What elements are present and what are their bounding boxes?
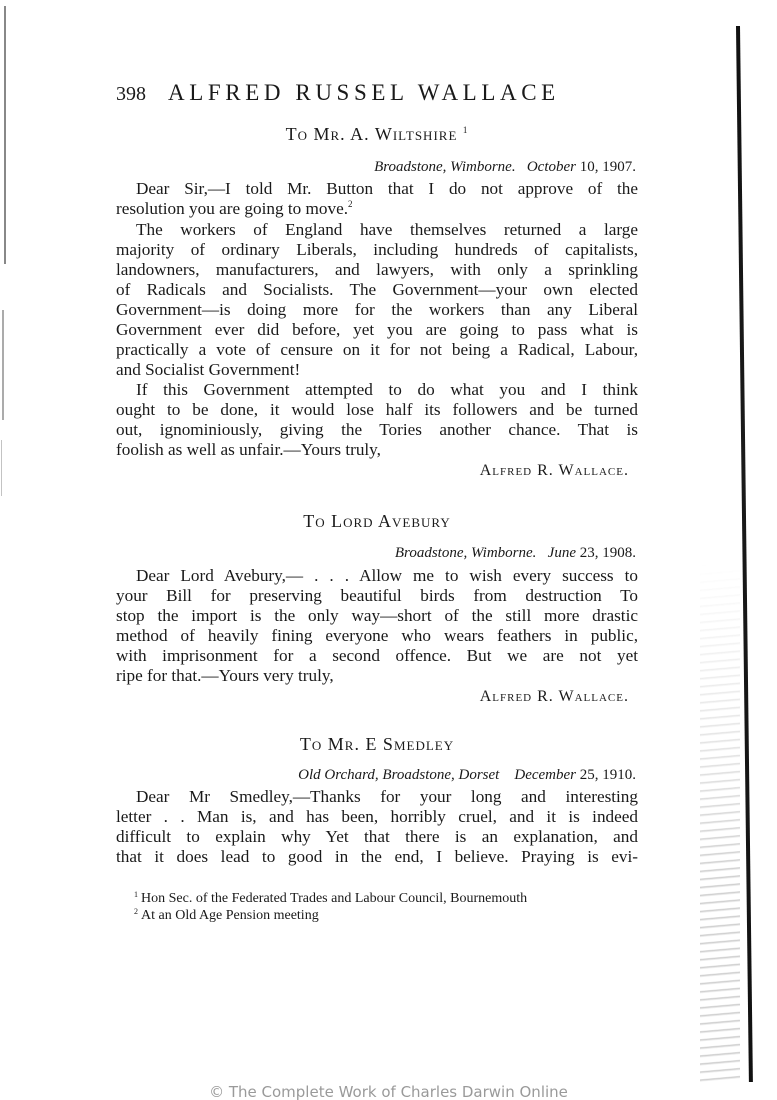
footnote-ref: 2 <box>348 199 353 209</box>
text-line: letter . . Man is, and has been, horribl… <box>116 807 638 827</box>
footnote: 1Hon Sec. of the Federated Trades and La… <box>134 890 527 907</box>
text-line: ought to be done, it would lose half its… <box>116 400 638 420</box>
text-line: Government—is doing more for the workers… <box>116 300 638 320</box>
letter-signature: Alfred R. Wallace. <box>480 462 629 480</box>
text-line: Dear Mr Smedley,—Thanks for your long an… <box>116 787 638 807</box>
text-line: of Radicals and Socialists. The Governme… <box>116 280 638 300</box>
text-line: Dear Lord Avebury,— . . . Allow me to wi… <box>116 566 638 586</box>
copyright-footer: © The Complete Work of Charles Darwin On… <box>0 1083 777 1100</box>
letter-recipient: Lord Avebury <box>331 511 451 531</box>
text-line: and Socialist Government! <box>116 360 638 380</box>
letter-date-day-year: 25, 1910. <box>580 767 636 783</box>
letter-dateline: Old Orchard, Broadstone, Dorset December… <box>298 767 636 784</box>
scan-edge-mark <box>4 6 6 264</box>
letter-heading: To Mr. E Smedley <box>116 734 638 755</box>
heading-prefix: To <box>303 511 331 531</box>
running-head-title: ALFRED RUSSEL WALLACE <box>168 80 560 105</box>
page-number: 398 <box>116 83 146 105</box>
text-line: out, ignominiously, giving the Tories an… <box>116 420 638 440</box>
text-line: stop the import is the only way—short of… <box>116 606 638 626</box>
letter-dateline: Broadstone, Wimborne. October 10, 1907. <box>374 159 636 176</box>
letter-date-day-year: 10, 1907. <box>580 159 636 175</box>
letter-heading: To Lord Avebury <box>116 511 638 532</box>
text-line: that it does lead to good in the end, I … <box>116 847 638 867</box>
letter-heading: To Mr. A. Wiltshire 1 <box>116 124 638 145</box>
heading-prefix: To <box>286 124 314 144</box>
text-line: majority of ordinary Liberals, including… <box>116 240 638 260</box>
footnote-text: Hon Sec. of the Federated Trades and Lab… <box>141 891 527 906</box>
text-line: landowners, manufacturers, and lawyers, … <box>116 260 638 280</box>
scan-edge-mark <box>1 440 2 496</box>
letter-place: Broadstone, Wimborne. <box>374 159 516 175</box>
scan-edge-mark <box>2 310 4 420</box>
text-line: with imprisonment for a second offence. … <box>116 646 638 666</box>
text-line-content: resolution you are going to move. <box>116 199 348 218</box>
text-line: The workers of England have themselves r… <box>116 220 638 240</box>
letter-place: Broadstone, Wimborne. <box>395 545 537 561</box>
footnote: 2At an Old Age Pension meeting <box>134 907 319 924</box>
letter-signature: Alfred R. Wallace. <box>480 688 629 706</box>
text-line: ripe for that.—Yours very truly, <box>116 666 638 686</box>
text-line: practically a vote of censure on it for … <box>116 340 638 360</box>
letter-recipient: Mr. A. Wiltshire <box>313 124 457 144</box>
letter-date-month: December <box>514 767 576 783</box>
text-line: foolish as well as unfair.—Yours truly, <box>116 440 638 460</box>
running-head: 398ALFRED RUSSEL WALLACE <box>116 80 560 106</box>
letter-date-month: October <box>527 159 576 175</box>
text-line: method of heavily fining everyone who we… <box>116 626 638 646</box>
footnote-text: At an Old Age Pension meeting <box>141 908 319 923</box>
heading-prefix: To <box>300 734 328 754</box>
text-line: Dear Sir,—I told Mr. Button that I do no… <box>116 179 638 199</box>
letter-place: Old Orchard, Broadstone, Dorset <box>298 767 499 783</box>
footnote-ref: 1 <box>463 125 469 135</box>
letter-dateline: Broadstone, Wimborne. June 23, 1908. <box>395 545 636 562</box>
footnote-marker: 1 <box>134 890 138 899</box>
scanned-book-page: 398ALFRED RUSSEL WALLACE To Mr. A. Wilts… <box>0 0 777 1100</box>
text-line: resolution you are going to move.2 <box>116 199 638 219</box>
text-line: your Bill for preserving beautiful birds… <box>116 586 638 606</box>
text-line: difficult to explain why Yet that there … <box>116 827 638 847</box>
text-line: Government ever did before, yet you are … <box>116 320 638 340</box>
book-binding-noise <box>700 560 740 1082</box>
book-binding-shadow <box>736 26 753 1082</box>
letter-date-day-year: 23, 1908. <box>580 545 636 561</box>
footnote-marker: 2 <box>134 907 138 916</box>
text-line: If this Government attempted to do what … <box>116 380 638 400</box>
letter-recipient: Mr. E Smedley <box>328 734 454 754</box>
letter-date-month: June <box>548 545 576 561</box>
